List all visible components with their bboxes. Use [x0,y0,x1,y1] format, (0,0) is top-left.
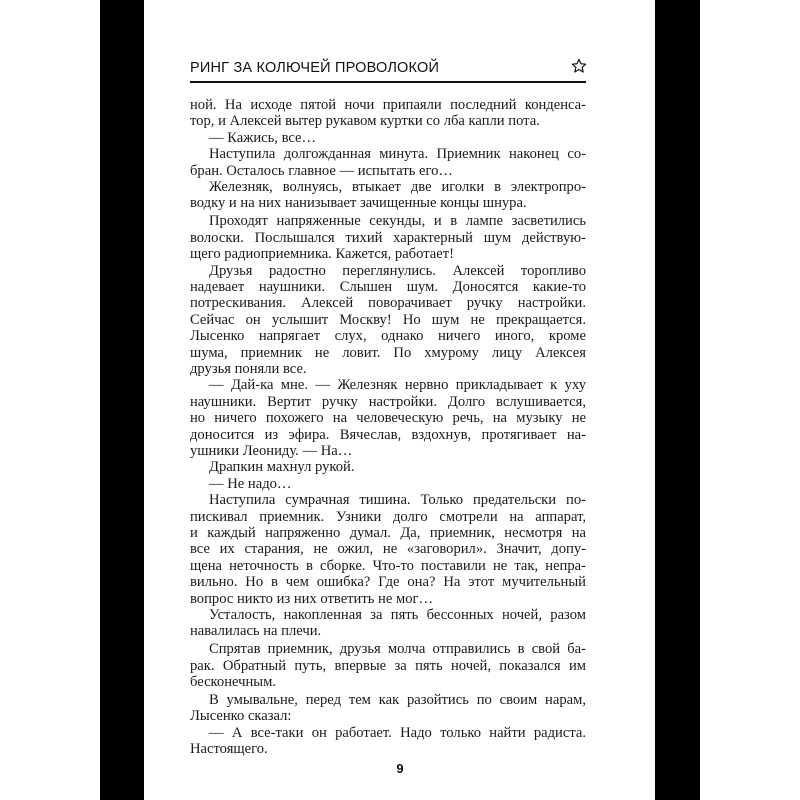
header-rule [190,81,586,83]
text-line: наушники. Вертит ручку настройки. Долго … [190,394,586,411]
text-line: — Дай-ка мне. — Железняк нервно приклады… [190,377,586,394]
text-line: и каждый напряженно думал. Да, приемник,… [190,525,586,542]
text-line: Драпкин махнул рукой. [190,459,586,476]
star-outline-icon [571,58,587,74]
scan-border-right [655,0,700,800]
text-line: Друзья радостно переглянулись. Алексей т… [190,263,586,280]
text-line: Настоящего. [190,741,586,758]
text-line: тор, и Алексей вытер рукавом куртки со л… [190,113,586,130]
text-line: потрескивания. Алексей поворачивает ручк… [190,295,586,312]
text-line: щена неточность в сборке. Что-то постави… [190,558,586,575]
text-line: Лысенко напрягает слух, однако ничего ин… [190,328,586,345]
text-line: но ничего похожего на человеческую речь,… [190,410,586,427]
text-line: вопрос никто из них ответить не мог… [190,591,586,608]
text-line: В умывальне, перед тем как разойтись по … [190,692,586,709]
text-line: Железняк, волнуясь, втыкает две иголки в… [190,179,586,196]
text-line: щего радиоприемника. Кажется, работает! [190,246,586,263]
text-line: волоски. Послышался тихий характерный шу… [190,230,586,247]
text-line: рак. Обратный путь, впервые за пять ноче… [190,658,586,675]
text-line: Наступила сумрачная тишина. Только преда… [190,492,586,509]
text-line: водку и на них нанизывает зачищенные кон… [190,195,586,212]
text-line: бран. Осталось главное — испытать его… [190,163,586,180]
text-line: шума, приемник не ловит. По хмурому лицу… [190,345,586,362]
text-line: Усталость, накопленная за пять бессонных… [190,607,586,624]
text-line: друзья поняли все. [190,361,586,378]
text-line: пискивал приемник. Узники долго смотрели… [190,509,586,526]
text-line: доносится из эфира. Вячеслав, вздохнув, … [190,427,586,444]
text-line: ушники Леониду. — На… [190,443,586,460]
text-line: все их старания, не ожил, не «заговорил»… [190,541,586,558]
text-line: навалилась на плечи. [190,623,586,640]
text-line: Проходят напряженные секунды, и в лампе … [190,213,586,230]
text-line: Лысенко сказал: [190,708,586,725]
text-line: Сейчас он услышит Москву! Но шум не прек… [190,312,586,329]
text-line: Спрятав приемник, друзья молча отправили… [190,641,586,658]
text-line: бесконечным. [190,674,586,691]
page-number: 9 [380,761,420,776]
running-head-title: РИНГ ЗА КОЛЮЧЕЙ ПРОВОЛОКОЙ [190,60,439,76]
text-line: ной. На исходе пятой ночи припаяли после… [190,97,586,114]
scan-border-left [100,0,144,800]
text-line: Наступила долгожданная минута. Приемник … [190,146,586,163]
text-line: — Кажись, все… [190,130,586,147]
text-line: — А все-таки он работает. Надо только на… [190,725,586,742]
text-line: надевает наушники. Слышен шум. Доносятся… [190,279,586,296]
text-line: — Не надо… [190,476,586,493]
text-line: вильно. Но в чем ошибка? Где она? На это… [190,574,586,591]
